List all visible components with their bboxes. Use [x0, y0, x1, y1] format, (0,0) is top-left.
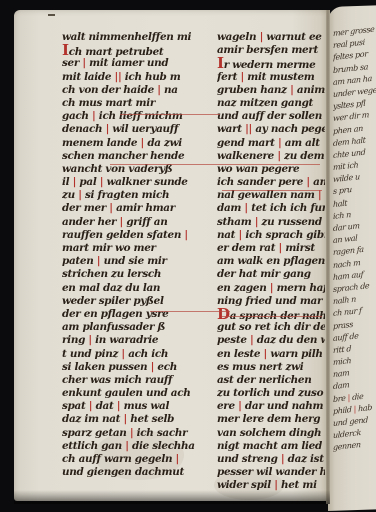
manuscript-line-text: en leste: [217, 348, 264, 360]
manuscript-line: ch auff warn gegeln |: [62, 453, 218, 466]
manuscript-line-text: real pusi: [333, 38, 365, 50]
manuscript-line-text: sparz getan: [62, 427, 130, 439]
manuscript-line-text: tet ich ich fund: [248, 202, 325, 214]
manuscript-line: und giengen dachmut: [62, 466, 218, 479]
manuscript-line-text: ech: [154, 361, 177, 373]
manuscript-line-text: ich sander pere: [217, 176, 306, 188]
manuscript-line-text: under wege: [333, 85, 376, 99]
manuscript-line-text: ning fried und mar: [217, 295, 322, 307]
manuscript-line-text: dem halt: [333, 135, 365, 147]
manuscript-line-text: en zagen: [217, 282, 270, 294]
rubric-initial: D: [217, 308, 230, 321]
manuscript-line-text: und streng: [217, 453, 281, 465]
manuscript-line-text: ser: [62, 57, 82, 69]
manuscript-line: und streng | daz ist der: [217, 453, 325, 466]
manuscript-line-text: nat: [217, 229, 239, 241]
manuscript-line-text: ich n: [333, 210, 351, 221]
manuscript-line: ander her | griff an: [62, 216, 218, 229]
manuscript-line: nigt macht am lied: [217, 440, 325, 453]
manuscript-line-text: rauffen gelden sfaten: [62, 229, 184, 241]
rubric-rule: [222, 190, 322, 191]
manuscript-line-text: die: [350, 391, 363, 401]
manuscript-line-text: mit ich: [333, 160, 358, 172]
manuscript-line-text: weder spiler pyßel: [62, 295, 164, 307]
manuscript-line-text: ch von der haide: [62, 84, 157, 96]
manuscript-line-text: zu: [62, 189, 78, 201]
manuscript-line-text: brumb sa: [333, 62, 368, 75]
manuscript-line: mit laide || ich hub m: [62, 71, 218, 84]
manuscript-line-text: bre: [333, 393, 348, 404]
manuscript-line-text: het selb: [127, 413, 174, 425]
manuscript-line: gut so ret ich dir de: [217, 321, 325, 334]
manuscript-line-text: wer dir m: [333, 111, 369, 124]
manuscript-line-text: spat: [62, 400, 89, 412]
manuscript-line-text: t und pinz: [62, 348, 121, 360]
rubric-rule: [110, 164, 320, 165]
manuscript-line-text: walt nimmenhelffen mi: [62, 31, 191, 43]
manuscript-line-text: mart mir wo mer: [62, 242, 156, 254]
manuscript-line: der hat mir gang: [217, 268, 325, 281]
manuscript-line: nal gewallen nam |: [217, 189, 325, 202]
rubric-mark: |: [318, 189, 321, 201]
manuscript-line-text: mer grosse: [333, 25, 374, 38]
manuscript-line: ere | dar und nahm: [217, 400, 325, 413]
manuscript-line: gend mart | am alt: [217, 137, 325, 150]
manuscript-line-text: der en pflagen ysre: [62, 308, 169, 320]
manuscript-line: stham | zu russend: [217, 216, 325, 229]
rubric-mark: ||: [245, 123, 252, 135]
manuscript-line: denach | wil ueryauff: [62, 123, 218, 136]
manuscript-line: ettlich gan | die slechha: [62, 440, 218, 453]
manuscript-line-text: dam: [217, 202, 244, 214]
manuscript-line-text: am walk en pflagen: [217, 255, 325, 267]
rubric-initial: I: [62, 44, 69, 57]
manuscript-line: il | pal | walkner sunde: [62, 176, 218, 189]
manuscript-line-text: enkunt gaulen und ach: [62, 387, 190, 399]
manuscript-line-text: nach m: [333, 258, 360, 270]
manuscript-line-text: pesser wil wander herk: [217, 466, 325, 478]
manuscript-line-text: die slechha: [129, 440, 195, 452]
manuscript-line-text: er dem rat: [217, 242, 279, 254]
manuscript-line-text: ring: [62, 334, 88, 346]
manuscript-line-text: mus wal: [120, 400, 169, 412]
manuscript-line-text: nal gewallen nam: [217, 189, 318, 201]
manuscript-line-text: und auff der sollen: [217, 110, 322, 122]
manuscript-line-text: zu dem pe: [281, 150, 325, 162]
manuscript-line-text: ere: [217, 400, 238, 412]
manuscript-line: ich sander pere | am: [217, 176, 325, 189]
manuscript-line-text: dam: [333, 381, 349, 392]
manuscript-line-text: daz ist der: [284, 453, 325, 465]
manuscript-line-text: paten: [62, 255, 97, 267]
manuscript-line-text: ysltes pfl: [333, 99, 365, 111]
manuscript-line: gruben hanz | anim: [217, 84, 325, 97]
manuscript-line-text: nam: [333, 369, 349, 380]
manuscript-line: cher was mich rauff: [62, 374, 218, 387]
manuscript-line: sparz getan | ich sachr: [62, 427, 218, 440]
manuscript-line-text: amir hmar: [113, 202, 175, 214]
manuscript-line-text: van solchem dingh: [217, 427, 321, 439]
manuscript-line-text: sprach de: [333, 281, 369, 294]
manuscript-line-text: mirst: [282, 242, 315, 254]
manuscript-line-text: daz du den walk: [253, 334, 325, 346]
manuscript-line: fert | mit mustem: [217, 71, 325, 84]
manuscript-line-text: zu torlich und zuso: [217, 387, 323, 399]
manuscript-line-text: ay nach pege: [252, 123, 325, 135]
manuscript-line-text: am planfussader ß: [62, 321, 165, 333]
rubric-rule: [120, 114, 220, 115]
rubric-rule: [150, 311, 230, 312]
manuscript-line: spat | dat | mus wal: [62, 400, 218, 413]
manuscript-line: si laken pussen | ech: [62, 361, 218, 374]
manuscript-line: t und pinz | ach ich: [62, 348, 218, 361]
manuscript-line-text: strichen zu lersch: [62, 268, 161, 280]
manuscript-line-text: ander her: [62, 216, 120, 228]
manuscript-line-text: nalh n: [333, 295, 356, 306]
manuscript-line-text: am: [310, 176, 325, 188]
manuscript-line: menem lande | da zwi: [62, 137, 218, 150]
manuscript-line: es mus nert zwi: [217, 361, 325, 374]
manuscript-line-text: anim: [294, 84, 325, 96]
manuscript-line-text: und gend: [333, 415, 368, 428]
manuscript-line-text: zu russend: [258, 216, 322, 228]
manuscript-line: strichen zu lersch: [62, 268, 218, 281]
rubric-mark: |: [176, 453, 179, 465]
manuscript-line-text: dat: [92, 400, 117, 412]
manuscript-line: mart mir wo mer: [62, 242, 218, 255]
manuscript-line: gach | ich lieff michm: [62, 110, 218, 123]
manuscript-line-text: ch mart petrubet: [69, 46, 164, 57]
manuscript-line-text: mit laide: [62, 71, 114, 83]
page-shadow: [14, 490, 330, 504]
manuscript-line-text: pal: [76, 176, 100, 188]
manuscript-line: Ich mart petrubet: [62, 44, 218, 57]
manuscript-line-text: mich: [333, 356, 351, 367]
manuscript-line-text: il: [62, 176, 73, 188]
manuscript-line: paten | und sie mir: [62, 255, 218, 268]
manuscript-line-text: hab: [356, 403, 372, 414]
manuscript-line-text: ritt d: [333, 344, 351, 355]
manuscript-line: ch mus mart mir: [62, 97, 218, 110]
manuscript-line-text: fert: [217, 71, 240, 83]
manuscript-line: enkunt gaulen und ach: [62, 387, 218, 400]
manuscript-line-text: es mus nert zwi: [217, 361, 303, 373]
manuscript-line-text: ast der nerlichen: [217, 374, 311, 386]
manuscript-line: daz im nat | het selb: [62, 413, 218, 426]
manuscript-line-text: daz im nat: [62, 413, 123, 425]
folio-mark: [48, 14, 55, 16]
manuscript-line-text: ich sachr: [133, 427, 187, 439]
manuscript-line-text: phild: [333, 405, 354, 416]
manuscript-line: zu torlich und zuso: [217, 387, 325, 400]
manuscript-line-text: und giengen dachmut: [62, 466, 184, 478]
manuscript-line: der en pflagen ysre: [62, 308, 218, 321]
manuscript-line-text: dar und nahm: [242, 400, 324, 412]
manuscript-line-text: ch auff warn gegeln: [62, 453, 176, 465]
manuscript-line: zu | si fragten mich: [62, 189, 218, 202]
manuscript-line-text: wageln: [217, 31, 260, 43]
manuscript-line-text: warnut ee: [263, 31, 322, 43]
manuscript-line-text: amir bersfen mert: [217, 44, 318, 56]
manuscript-line-text: na: [161, 84, 178, 96]
manuscript-line-text: s pru: [333, 185, 352, 196]
manuscript-line-text: stham: [217, 216, 255, 228]
manuscript-line-text: walkner sunde: [103, 176, 187, 188]
manuscript-line-text: da zwi: [144, 137, 182, 149]
manuscript-line-text: in waradrie: [92, 334, 158, 346]
manuscript-line-text: griff an: [123, 216, 167, 228]
manuscript-line-text: prass: [333, 319, 353, 330]
manuscript-line: pesser wil wander herk: [217, 466, 325, 479]
manuscript-line: schen mancher hende: [62, 150, 218, 163]
manuscript-line-text: menem lande: [62, 137, 141, 149]
manuscript-line-text: ach ich: [125, 348, 168, 360]
manuscript-line-text: der hat mir gang: [217, 268, 311, 280]
manuscript-line-text: gruben hanz: [217, 84, 290, 96]
manuscript-line: walt nimmenhelffen mi: [62, 31, 218, 44]
manuscript-line-text: ch mus mart mir: [62, 97, 155, 109]
manuscript-line-text: cher was mich rauff: [62, 374, 172, 386]
manuscript-line: Ir wedern merme: [217, 57, 325, 70]
manuscript-line: rauffen gelden sfaten |: [62, 229, 218, 242]
manuscript-line-text: ham auf: [333, 270, 363, 282]
manuscript-line-text: mit iamer und: [86, 57, 169, 69]
manuscript-line-text: wil ueryauff: [109, 123, 178, 135]
manuscript-line-text: halt: [333, 198, 347, 208]
manuscript-line-text: warn pilh: [267, 348, 323, 360]
manuscript-line: en leste | warn pilh: [217, 348, 325, 361]
manuscript-line-text: mit mustem: [244, 71, 314, 83]
manuscript-line-text: schen mancher hende: [62, 150, 184, 162]
manuscript-line: wart || ay nach pege: [217, 123, 325, 136]
manuscript-line-text: chte und: [333, 147, 365, 159]
manuscript-line-text: denach: [62, 123, 106, 135]
manuscript-line: wageln | warnut ee: [217, 31, 325, 44]
manuscript-line: en zagen | mern haff: [217, 282, 325, 295]
manuscript-line: dam | tet ich ich fund: [217, 202, 325, 215]
manuscript-line-text: gut so ret ich dir de: [217, 321, 325, 333]
manuscript-line: er dem rat | mirst: [217, 242, 325, 255]
manuscript-line: van solchem dingh: [217, 427, 325, 440]
book-gutter: [326, 10, 330, 504]
manuscript-line: amir bersfen mert: [217, 44, 325, 57]
manuscript-line-text: phen an: [333, 123, 363, 135]
manuscript-line: am planfussader ß: [62, 321, 218, 334]
manuscript-line: und auff der sollen: [217, 110, 325, 123]
text-column-left: walt nimmenhelffen miIch mart petrubetse…: [62, 31, 218, 479]
manuscript-line-text: wart: [217, 123, 245, 135]
manuscript-line-text: ragen fa: [333, 245, 364, 257]
manuscript-line: mer lere dem herg: [217, 413, 325, 426]
rubric-mark: |: [184, 229, 187, 241]
manuscript-line-text: peste: [217, 334, 250, 346]
manuscript-line-text: ich sprach gibn: [242, 229, 325, 241]
manuscript-line-text: ulderck: [333, 428, 361, 440]
manuscript-line-text: am alt: [281, 137, 319, 149]
manuscript-line: Da sprach der nalh: [217, 308, 325, 321]
manuscript-line: ring | in waradrie: [62, 334, 218, 347]
manuscript-line: walkenere | zu dem pe: [217, 150, 325, 163]
manuscript-line-text: ch nur f: [333, 306, 362, 318]
manuscript-line-text: walkenere: [217, 150, 277, 162]
rubric-initial: I: [217, 57, 224, 70]
rubric-rule: [222, 316, 322, 317]
manuscript-line-text: ich lieff michm: [95, 110, 182, 122]
manuscript-line-text: gennen: [333, 440, 361, 452]
manuscript-line: weder spiler pyßel: [62, 295, 218, 308]
manuscript-line-text: an wal: [333, 234, 357, 246]
manuscript-line: en mal daz du lan: [62, 282, 218, 295]
manuscript-line: am walk en pflagen: [217, 255, 325, 268]
manuscript-line-text: en mal daz du lan: [62, 282, 160, 294]
manuscript-line: ast der nerlichen: [217, 374, 325, 387]
manuscript-line: ser | mit iamer und: [62, 57, 218, 70]
manuscript-line: ning fried und mar: [217, 295, 325, 308]
manuscript-line-text: feltes por: [333, 50, 368, 63]
manuscript-line-text: ettlich gan: [62, 440, 125, 452]
manuscript-line-text: r wedern merme: [224, 59, 316, 70]
manuscript-line-text: und sie mir: [100, 255, 166, 267]
manuscript-line: naz mitzen gangt: [217, 97, 325, 110]
manuscript-line: ch von der haide | na: [62, 84, 218, 97]
manuscript-line: peste | daz du den walk: [217, 334, 325, 347]
text-column-right: wageln | warnut eeamir bersfen mertIr we…: [217, 31, 325, 493]
manuscript-line-text: ich hub m: [121, 71, 180, 83]
manuscript-line-text: si laken pussen: [62, 361, 151, 373]
manuscript-line: nat | ich sprach gibn: [217, 229, 325, 242]
manuscript-line-text: mern haff: [273, 282, 325, 294]
manuscript-line-text: naz mitzen gangt: [217, 97, 313, 109]
manuscript-line-text: der mer: [62, 202, 109, 214]
manuscript-line-text: mer lere dem herg: [217, 413, 320, 425]
facing-page-text: mer grossereal pusifeltes porbrumb saam …: [333, 23, 376, 454]
manuscript-line: der mer | amir hmar: [62, 202, 218, 215]
manuscript-line-text: auff de: [333, 331, 358, 343]
manuscript-line-text: si fragten mich: [82, 189, 170, 201]
manuscript-line-text: wilde u: [333, 172, 360, 184]
manuscript-line-text: gend mart: [217, 137, 278, 149]
manuscript-line-text: nigt macht am lied: [217, 440, 322, 452]
manuscript-line-text: gach: [62, 110, 92, 122]
manuscript-line-text: dar um: [333, 221, 360, 233]
